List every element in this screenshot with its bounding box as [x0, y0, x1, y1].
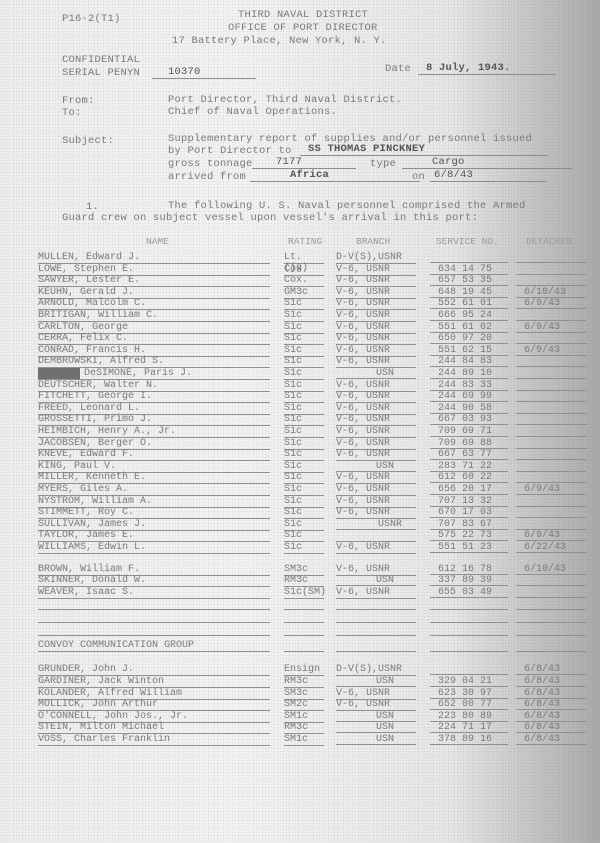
branch-cell: USN — [336, 368, 416, 379]
service-no-cell: 551 51 23 — [430, 542, 508, 553]
detached-cell — [516, 438, 586, 449]
rating-cell: SM2c — [284, 699, 324, 711]
detached-cell — [516, 414, 586, 425]
service-no-cell: 612 60 22 — [430, 472, 508, 483]
name-cell: FITCHETT, George I. — [38, 391, 270, 403]
vessel-name: SS THOMAS PINCKNEY — [300, 143, 548, 156]
branch-cell: V-6, USNR — [336, 322, 416, 334]
rating-cell: RM3c — [284, 676, 324, 688]
service-no-cell: 552 61 01 — [430, 298, 508, 309]
convoy-group-row: KOLANDER, Alfred WilliamSM3cV-6, USNR623… — [38, 688, 600, 699]
detached-cell — [516, 252, 586, 263]
rating-cell: S1c — [284, 368, 324, 380]
service-no-cell: 648 19 45 — [430, 287, 508, 298]
name-cell: KING, Paul V. — [38, 461, 270, 473]
armed-guard-row: NYSTROM, William A.S1cV-6, USNR707 13 32 — [38, 496, 600, 507]
service-no-cell: 224 71 17 — [430, 722, 508, 733]
signalmen-row: SKINNER, Donald W.RM3cUSN337 89 39 — [38, 575, 600, 586]
blank-cell — [284, 624, 324, 636]
branch-cell: V-6, USNR — [336, 403, 416, 415]
name-cell: STEIN, Milton Michael — [38, 722, 270, 734]
service-no-cell: 244 89 10 — [430, 368, 508, 379]
arrived-from-label: arrived from — [168, 171, 246, 183]
type-value: Cargo — [402, 156, 572, 169]
detached-cell: 6/9/43 — [516, 530, 586, 541]
branch-cell: V-6, USNR — [336, 472, 416, 484]
rating-cell: SM1c — [284, 734, 324, 746]
name-cell: MOLLICK, John Arthur — [38, 699, 270, 711]
service-no-cell: 657 53 35 — [430, 275, 508, 286]
armed-guard-row: SULLIVAN, James J.S1cUSNR707 83 67 — [38, 519, 600, 530]
name-cell: WILLIAMS, Edwin L. — [38, 542, 270, 554]
branch-cell: V-6, USNR — [336, 587, 416, 599]
blank-cell — [336, 624, 416, 636]
service-no-cell: 378 89 16 — [430, 734, 508, 745]
convoy-group-row: O'CONNELL, John Jos., Jr.SM1cUSN223 80 8… — [38, 711, 600, 722]
signalmen-row: BROWN, William F.SM3cV-6, USNR612 16 786… — [38, 564, 600, 575]
blank-cell — [336, 640, 416, 652]
from-value: Port Director, Third Naval District. — [168, 94, 402, 106]
branch-cell: USN — [336, 711, 416, 722]
detached-cell — [516, 333, 586, 344]
rating-cell: GM3c — [284, 287, 324, 299]
rating-cell: S1c — [284, 484, 324, 496]
classification-label: CONFIDENTIAL — [62, 54, 140, 66]
convoy-group-row: GRUNDER, John J.EnsignD-V(S),USNR6/8/43 — [38, 664, 600, 675]
rating-cell: Cox. — [284, 264, 324, 276]
rating-cell: S1c — [284, 507, 324, 519]
rating-cell: S1c — [284, 472, 324, 484]
armed-guard-row: HEIMBICH, Henry A., Jr.S1cV-6, USNR709 6… — [38, 426, 600, 437]
col-header-detached: DETACHED — [526, 236, 572, 247]
name-cell: VOSS, Charles Franklin — [38, 734, 270, 746]
branch-cell: V-6, USNR — [336, 426, 416, 438]
detached-cell: 6/9/43 — [516, 345, 586, 356]
detached-cell: 6/8/43 — [516, 699, 586, 710]
name-cell: CONRAD, Francis H. — [38, 345, 270, 357]
strikeout-text: XXXXXXX — [38, 368, 80, 379]
detached-cell — [516, 310, 586, 321]
rating-cell: RM3c — [284, 575, 324, 587]
detached-cell — [516, 403, 586, 414]
service-no-cell — [430, 252, 508, 263]
branch-cell: V-6, USNR — [336, 287, 416, 299]
service-no-cell: 612 16 78 — [430, 564, 508, 575]
service-no-cell: 709 69 71 — [430, 426, 508, 437]
arrived-from-value: Africa — [250, 169, 420, 182]
service-no-cell: 650 97 20 — [430, 333, 508, 344]
blank-cell — [516, 624, 586, 636]
service-no-cell — [430, 664, 508, 675]
convoy-group-title: CONVOY COMMUNICATION GROUP — [38, 640, 270, 652]
name-cell: SAWYER, Lester E. — [38, 275, 270, 287]
detached-cell: 6/22/43 — [516, 542, 586, 553]
service-no-cell: 244 83 33 — [430, 380, 508, 391]
detached-cell: 6/9/43 — [516, 298, 586, 309]
rating-cell: S1c — [284, 391, 324, 403]
convoy-group-title-row: CONVOY COMMUNICATION GROUP — [38, 640, 600, 651]
detached-cell: 6/9/43 — [516, 484, 586, 495]
name-cell: DEMBROWSKI, Alfred S. — [38, 356, 270, 368]
detached-cell: 6/9/43 — [516, 322, 586, 333]
detached-cell: 6/8/43 — [516, 722, 586, 733]
blank-ruled-row — [38, 624, 600, 635]
armed-guard-row: FREED, Leonard L.S1cV-6, USNR244 90 58 — [38, 403, 600, 414]
service-no-cell: 667 63 77 — [430, 449, 508, 460]
convoy-group-row: VOSS, Charles FranklinSM1cUSN378 89 166/… — [38, 734, 600, 745]
arrival-date: 6/8/43 — [430, 169, 546, 182]
service-no-cell: 666 95 24 — [430, 310, 508, 321]
rating-cell: S1c — [284, 449, 324, 461]
branch-cell: USNR — [336, 519, 416, 530]
org-name: THIRD NAVAL DISTRICT — [238, 9, 368, 21]
name-cell: CERRA, Felix C. — [38, 333, 270, 345]
rating-cell: S1c — [284, 298, 324, 310]
convoy-group-row: STEIN, Milton MichaelRM3cUSN224 71 176/8… — [38, 722, 600, 733]
armed-guard-row: FITCHETT, George I.S1cV-6, USNR244 69 99 — [38, 391, 600, 402]
branch-cell: V-6, USNR — [336, 542, 416, 554]
blank-cell — [336, 611, 416, 623]
detached-cell — [516, 472, 586, 483]
signalmen-row: WEAVER, Isaac S.S1c(SM)V-6, USNR655 03 4… — [38, 587, 600, 598]
rating-cell: Lt.(jg) — [284, 252, 324, 264]
to-value: Chief of Naval Operations. — [168, 106, 337, 118]
service-no-cell: 667 03 93 — [430, 414, 508, 425]
detached-cell: 6/8/43 — [516, 734, 586, 745]
service-no-cell: 283 71 22 — [430, 461, 508, 472]
service-no-cell: 223 80 89 — [430, 711, 508, 722]
branch-cell: V-6, USNR — [336, 298, 416, 310]
service-no-cell: 623 30 97 — [430, 688, 508, 699]
branch-cell: USN — [336, 575, 416, 586]
col-header-rating: RATING — [288, 236, 322, 247]
rating-cell: S1c — [284, 414, 324, 426]
blank-cell — [430, 624, 508, 636]
subject-label: Subject: — [62, 135, 114, 147]
branch-cell: V-6, USNR — [336, 380, 416, 392]
name-cell: SULLIVAN, James J. — [38, 519, 270, 531]
armed-guard-row: CERRA, Felix C.S1cV-6, USNR650 97 20 — [38, 333, 600, 344]
armed-guard-row: GROSSETTI, Primo J.S1cV-6, USNR667 03 93 — [38, 414, 600, 425]
rating-cell: S1c — [284, 496, 324, 508]
name-cell: DEUTSCHER, Walter N. — [38, 380, 270, 392]
armed-guard-row: JACOBSEN, Berger O.S1cV-6, USNR709 69 88 — [38, 438, 600, 449]
name-cell: XXXXXXXDeSIMONE, Paris J. — [38, 368, 270, 380]
name-cell: ARNOLD, Malcolm C. — [38, 298, 270, 310]
convoy-group-row: GARDINER, Jack WintonRM3cUSN329 04 216/8… — [38, 676, 600, 687]
name-cell: WEAVER, Isaac S. — [38, 587, 270, 599]
branch-cell: V-6, USNR — [336, 438, 416, 450]
blank-cell — [516, 598, 586, 610]
armed-guard-row: MULLEN, Edward J.Lt.(jg)D-V(S),USNR — [38, 252, 600, 263]
branch-cell: V-6, USNR — [336, 333, 416, 345]
service-no-cell: 551 61 02 — [430, 322, 508, 333]
blank-ruled-row — [38, 611, 600, 622]
detached-cell: 6/8/43 — [516, 688, 586, 699]
name-cell: TAYLOR, James E. — [38, 530, 270, 542]
name-cell: KEUHN, Gerald J. — [38, 287, 270, 299]
service-no-cell: 707 83 67 — [430, 519, 508, 530]
detached-cell: 6/8/43 — [516, 664, 586, 675]
name-cell: MILLER, Kenneth E. — [38, 472, 270, 484]
service-no-cell: 655 03 49 — [430, 587, 508, 598]
armed-guard-row: TAYLOR, James E.S1c575 22 736/9/43 — [38, 530, 600, 541]
name-cell: LOWE, Stephen E. — [38, 264, 270, 276]
name-cell: FREED, Leonard L. — [38, 403, 270, 415]
service-no-cell: 244 69 99 — [430, 391, 508, 402]
armed-guard-row: STIMMETT, Roy C.S1cV-6, USNR670 17 03 — [38, 507, 600, 518]
armed-guard-row: BRITIGAN, William C.S1cV-6, USNR666 95 2… — [38, 310, 600, 321]
service-no-cell: 709 69 88 — [430, 438, 508, 449]
tonnage-value: 7177 — [252, 156, 356, 169]
name-cell: SKINNER, Donald W. — [38, 575, 270, 587]
name-cell: JACOBSEN, Berger O. — [38, 438, 270, 450]
rating-cell: S1c — [284, 426, 324, 438]
armed-guard-row: WILLIAMS, Edwin L.S1cV-6, USNR551 51 236… — [38, 542, 600, 553]
name-cell: BRITIGAN, William C. — [38, 310, 270, 322]
service-no-cell: 634 14 75 — [430, 264, 508, 275]
service-no-cell: 575 22 73 — [430, 530, 508, 541]
detached-cell — [516, 368, 586, 379]
rating-cell: SM3c — [284, 564, 324, 576]
convoy-group-row: MOLLICK, John ArthurSM2cV-6, USNR652 00 … — [38, 699, 600, 710]
org-address: 17 Battery Place, New York, N. Y. — [172, 35, 387, 47]
detached-cell — [516, 264, 586, 275]
name-cell: GARDINER, Jack Winton — [38, 676, 270, 688]
service-no-cell: 551 62 15 — [430, 345, 508, 356]
name-cell: KOLANDER, Alfred William — [38, 688, 270, 700]
name-cell: STIMMETT, Roy C. — [38, 507, 270, 519]
armed-guard-row: MYERS, Giles A.S1cV-6, USNR656 20 176/9/… — [38, 484, 600, 495]
rating-cell: S1c — [284, 322, 324, 334]
branch-cell — [336, 530, 416, 542]
armed-guard-row: LOWE, Stephen E.Cox.V-6, USNR634 14 75 — [38, 264, 600, 275]
blank-cell — [516, 611, 586, 623]
detached-cell — [516, 587, 586, 598]
branch-cell: V-6, USNR — [336, 275, 416, 287]
branch-cell: V-6, USNR — [336, 496, 416, 508]
rating-cell: S1c — [284, 380, 324, 392]
armed-guard-row: CARLTON, GeorgeS1cV-6, USNR551 61 026/9/… — [38, 322, 600, 333]
armed-guard-row: XXXXXXXDeSIMONE, Paris J.S1cUSN244 89 10 — [38, 368, 600, 379]
branch-cell: V-6, USNR — [336, 564, 416, 576]
armed-guard-row: DEUTSCHER, Walter N.S1cV-6, USNR244 83 3… — [38, 380, 600, 391]
branch-cell: V-6, USNR — [336, 345, 416, 357]
paragraph-line2: Guard crew on subject vessel upon vessel… — [62, 212, 478, 224]
blank-cell — [430, 611, 508, 623]
name-cell: KNEVE, Edward F. — [38, 449, 270, 461]
armed-guard-row: KING, Paul V.S1cUSN283 71 22 — [38, 461, 600, 472]
blank-cell — [38, 611, 270, 623]
branch-cell: USN — [336, 722, 416, 733]
blank-ruled-row — [38, 598, 600, 609]
rating-cell: S1c — [284, 542, 324, 554]
armed-guard-row: CONRAD, Francis H.S1cV-6, USNR551 62 156… — [38, 345, 600, 356]
rating-cell: S1c(SM) — [284, 587, 324, 599]
branch-cell: V-6, USNR — [336, 507, 416, 519]
name-cell: NYSTROM, William A. — [38, 496, 270, 508]
from-label: From: — [62, 95, 95, 107]
branch-cell: USN — [336, 734, 416, 745]
blank-cell — [430, 598, 508, 610]
branch-cell: V-6, USNR — [336, 264, 416, 276]
rating-cell: S1c — [284, 403, 324, 415]
rating-cell: S1c — [284, 519, 324, 531]
col-header-name: NAME — [146, 236, 169, 247]
serial-number: 10370 — [152, 66, 256, 79]
name-cell: CARLTON, George — [38, 322, 270, 334]
rating-cell: S1c — [284, 356, 324, 368]
rating-cell: SM1c — [284, 711, 324, 723]
blank-cell — [516, 640, 586, 652]
date-value: 8 July, 1943. — [418, 62, 556, 75]
name-cell: MULLEN, Edward J. — [38, 252, 270, 264]
name-text: DeSIMONE, Paris J. — [84, 368, 192, 379]
armed-guard-row: DEMBROWSKI, Alfred S.S1cV-6, USNR244 84 … — [38, 356, 600, 367]
service-no-cell: 337 89 39 — [430, 575, 508, 586]
rating-cell: Ensign — [284, 664, 324, 676]
name-cell: O'CONNELL, John Jos., Jr. — [38, 711, 270, 723]
detached-cell — [516, 426, 586, 437]
service-no-cell: 652 00 77 — [430, 699, 508, 710]
to-label: To: — [62, 107, 82, 119]
detached-cell — [516, 461, 586, 472]
detached-cell — [516, 391, 586, 402]
rating-cell: S1c — [284, 461, 324, 473]
rating-cell: S1c — [284, 310, 324, 322]
service-no-cell: 656 20 17 — [430, 484, 508, 495]
branch-cell: USN — [336, 676, 416, 687]
serial-label: SERIAL PENYN — [62, 67, 140, 79]
detached-cell — [516, 575, 586, 586]
rating-cell: SM3c — [284, 688, 324, 700]
name-cell: GROSSETTI, Primo J. — [38, 414, 270, 426]
branch-cell: V-6, USNR — [336, 391, 416, 403]
rating-cell: S1c — [284, 438, 324, 450]
blank-cell — [284, 611, 324, 623]
date-label: Date — [385, 63, 411, 75]
branch-cell: V-6, USNR — [336, 699, 416, 711]
armed-guard-row: ARNOLD, Malcolm C.S1cV-6, USNR552 61 016… — [38, 298, 600, 309]
blank-cell — [38, 598, 270, 610]
blank-cell — [284, 640, 324, 652]
branch-cell: V-6, USNR — [336, 414, 416, 426]
detached-cell: 6/10/43 — [516, 287, 586, 298]
branch-cell: V-6, USNR — [336, 688, 416, 700]
branch-cell: D-V(S),USNR — [336, 664, 416, 676]
blank-cell — [284, 598, 324, 610]
service-no-cell: 244 84 83 — [430, 356, 508, 367]
detached-cell — [516, 356, 586, 367]
paragraph-line1: The following U. S. Naval personnel comp… — [168, 200, 526, 212]
detached-cell — [516, 519, 586, 530]
name-cell: HEIMBICH, Henry A., Jr. — [38, 426, 270, 438]
name-cell: BROWN, William F. — [38, 564, 270, 576]
service-no-cell: 244 90 58 — [430, 403, 508, 414]
rating-cell: S1c — [284, 333, 324, 345]
branch-cell: V-6, USNR — [336, 310, 416, 322]
detached-cell: 6/8/43 — [516, 676, 586, 687]
col-header-service-no: SERVICE NO. — [436, 236, 499, 247]
branch-cell: V-6, USNR — [336, 356, 416, 368]
blank-cell — [430, 640, 508, 652]
armed-guard-row: KEUHN, Gerald J.GM3cV-6, USNR648 19 456/… — [38, 287, 600, 298]
rating-cell: S1c — [284, 530, 324, 542]
tonnage-label: gross tonnage — [168, 158, 253, 170]
on-label: on — [412, 171, 425, 183]
branch-cell: V-6, USNR — [336, 484, 416, 496]
rating-cell: RM3c — [284, 722, 324, 734]
service-no-cell: 670 17 03 — [430, 507, 508, 518]
detached-cell — [516, 507, 586, 518]
blank-cell — [38, 624, 270, 636]
name-cell: GRUNDER, John J. — [38, 664, 270, 676]
detached-cell: 6/8/43 — [516, 711, 586, 722]
detached-cell — [516, 449, 586, 460]
file-code: P16-2(T1) — [62, 13, 121, 25]
service-no-cell: 707 13 32 — [430, 496, 508, 507]
branch-cell: V-6, USNR — [336, 449, 416, 461]
name-cell: MYERS, Giles A. — [38, 484, 270, 496]
rating-cell: Cox. — [284, 275, 324, 287]
blank-cell — [336, 598, 416, 610]
detached-cell — [516, 380, 586, 391]
col-header-branch: BRANCH — [356, 236, 390, 247]
detached-cell — [516, 496, 586, 507]
armed-guard-row: KNEVE, Edward F.S1cV-6, USNR667 63 77 — [38, 449, 600, 460]
armed-guard-row: SAWYER, Lester E.Cox.V-6, USNR657 53 35 — [38, 275, 600, 286]
rating-cell: S1c — [284, 345, 324, 357]
branch-cell: D-V(S),USNR — [336, 252, 416, 264]
detached-cell: 6/10/43 — [516, 564, 586, 575]
detached-cell — [516, 275, 586, 286]
branch-cell: USN — [336, 461, 416, 472]
service-no-cell: 329 04 21 — [430, 676, 508, 687]
armed-guard-row: MILLER, Kenneth E.S1cV-6, USNR612 60 22 — [38, 472, 600, 483]
org-office: OFFICE OF PORT DIRECTOR — [228, 22, 378, 34]
